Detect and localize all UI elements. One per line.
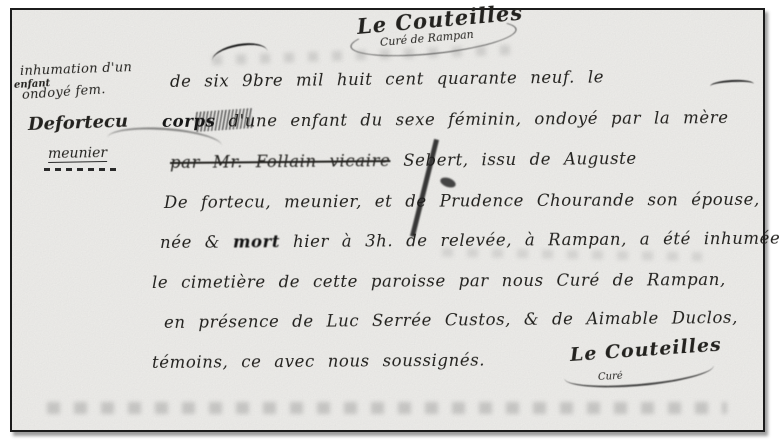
body-line-1: de six 9bre mil huit cent quarante neuf.… (170, 67, 604, 91)
body-line-3-rest: Sebert, issu de Auguste (403, 149, 637, 170)
ink-blot (439, 176, 457, 190)
bleed-through-top-marks (212, 45, 512, 65)
body-line-5-start: née & (160, 233, 220, 252)
footer-signature-title: Curé (598, 371, 623, 383)
body-line-2-rest: d'une enfant du sexe féminin, ondoyé par… (228, 108, 728, 130)
margin-family-name: Defortecu (28, 111, 129, 135)
body-line-7: en présence de Luc Serrée Custos, & de A… (164, 308, 738, 332)
footer-signature-name: Le Couteilles (569, 333, 722, 366)
ink-flourish-paraph (210, 39, 269, 72)
body-line-3: par Mr. Follain vicaire Sebert, issu de … (170, 149, 637, 172)
body-line-5-rest: hier à 3h. de relevée, à Rampan, a été i… (293, 228, 784, 251)
scribbled-word-corps: corps (162, 112, 216, 131)
struck-text: par Mr. Follain vicaire (170, 151, 391, 172)
margin-occupation: meunier (48, 145, 107, 163)
scan-frame-border: Le Couteilles Curé de Rampan inhumation … (10, 8, 765, 432)
body-line-4: De fortecu, meunier, et de Prudence Chou… (164, 190, 760, 212)
scanned-register-page: Le Couteilles Curé de Rampan inhumation … (0, 0, 784, 444)
body-line-2: corps d'une enfant du sexe féminin, ondo… (162, 108, 729, 131)
margin-dashed-underline (44, 168, 118, 171)
body-line-6: le cimetière de cette paroisse par nous … (152, 270, 726, 292)
bleed-through-bottom-line (47, 402, 727, 414)
body-line-5: née & mort hier à 3h. de relevée, à Ramp… (160, 228, 784, 252)
overwritten-word-mort: mort (233, 232, 280, 251)
trailing-dash-flourish (710, 79, 754, 91)
margin-act-type: inhumation d'un (20, 60, 133, 79)
body-line-8: témoins, ce avec nous soussignés. (152, 351, 485, 372)
